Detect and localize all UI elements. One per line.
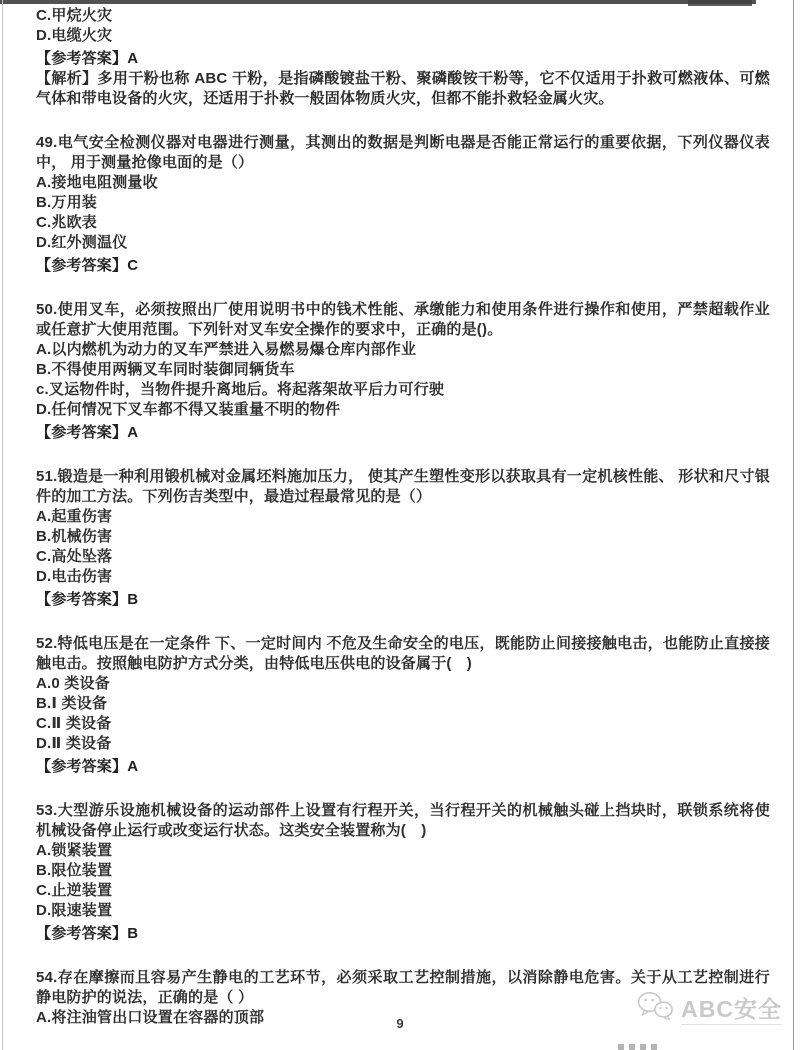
- option-line: D.Ⅱ 类设备: [36, 734, 770, 754]
- answer-line: 【参考答案】C: [36, 256, 770, 276]
- question-block-52: 52.特低电压是在一定条件 下、一定时间内 不危及生命安全的电压，既能防止间接接…: [36, 634, 770, 777]
- question-block-50: 50.使用叉车，必须按照出厂使用说明书中的钱术性能、承缴能力和使用条件进行操作和…: [36, 300, 770, 443]
- option-line: D.电缆火灾: [36, 26, 770, 46]
- option-line: B.限位装置: [36, 861, 770, 881]
- option-line: B.机械伤害: [36, 527, 770, 547]
- option-line: C.兆欧表: [36, 213, 770, 233]
- question-stem: 52.特低电压是在一定条件 下、一定时间内 不危及生命安全的电压，既能防止间接接…: [36, 634, 770, 674]
- bottom-edge-artifact: [618, 1044, 662, 1050]
- page-edge-line-left: [2, 0, 3, 1050]
- option-line: D.红外测温仪: [36, 233, 770, 253]
- question-block-51: 51.锻造是一种利用锻机械对金属坯料施加压力， 使其产生塑性变形以获取具有一定机…: [36, 467, 770, 610]
- question-stem: 53.大型游乐设施机械设备的运动部件上设置有行程开关，当行程开关的机械触头碰上挡…: [36, 801, 770, 841]
- option-line: D.限速装置: [36, 901, 770, 921]
- question-block-49: 49.电气安全检测仪器对电器进行测量，其测出的数据是判断电器是否能正常运行的重要…: [36, 133, 770, 276]
- watermark: ABC安全: [636, 992, 782, 1026]
- option-line: c.叉运物件时，当物件提升离地后。将起落架故平后力可行驶: [36, 380, 770, 400]
- question-stem: 49.电气安全检测仪器对电器进行测量，其测出的数据是判断电器是否能正常运行的重要…: [36, 133, 770, 173]
- previous-answer-block: C.甲烷火灾 D.电缆火灾 【参考答案】A 【解析】多用干粉也称 ABC 干粉，…: [36, 6, 770, 109]
- option-line: A.锁紧装置: [36, 841, 770, 861]
- answer-line: 【参考答案】A: [36, 423, 770, 443]
- option-line: A.0 类设备: [36, 674, 770, 694]
- wechat-icon: [636, 990, 674, 1028]
- cutoff-text-bar: [0, 0, 756, 4]
- watermark-text: ABC安全: [681, 994, 782, 1025]
- option-line: C.Ⅱ 类设备: [36, 714, 770, 734]
- option-line: D.任何情况下叉车都不得又装重量不明的物件: [36, 400, 770, 420]
- option-line: A.接地电阻测量收: [36, 173, 770, 193]
- answer-line: 【参考答案】A: [36, 757, 770, 777]
- answer-line: 【参考答案】B: [36, 924, 770, 944]
- option-line: C.高处坠落: [36, 547, 770, 567]
- page-edge-line-right: [793, 0, 794, 1050]
- document-body: C.甲烷火灾 D.电缆火灾 【参考答案】A 【解析】多用干粉也称 ABC 干粉，…: [36, 6, 770, 1028]
- option-line: C.甲烷火灾: [36, 6, 770, 26]
- question-stem: 51.锻造是一种利用锻机械对金属坯料施加压力， 使其产生塑性变形以获取具有一定机…: [36, 467, 770, 507]
- option-line: C.止逆装置: [36, 881, 770, 901]
- option-line: B.Ⅰ 类设备: [36, 694, 770, 714]
- option-line: D.电击伤害: [36, 567, 770, 587]
- option-line: A.起重伤害: [36, 507, 770, 527]
- question-stem: 50.使用叉车，必须按照出厂使用说明书中的钱术性能、承缴能力和使用条件进行操作和…: [36, 300, 770, 340]
- option-line: A.以内燃机为动力的叉车严禁进入易燃易爆仓库内部作业: [36, 340, 770, 360]
- analysis-text: 【解析】多用干粉也称 ABC 干粉，是指磷酸镀盐干粉、聚磷酸铵干粉等，它不仅适用…: [36, 69, 770, 109]
- question-block-53: 53.大型游乐设施机械设备的运动部件上设置有行程开关，当行程开关的机械触头碰上挡…: [36, 801, 770, 944]
- answer-line: 【参考答案】B: [36, 590, 770, 610]
- option-line: B.万用装: [36, 193, 770, 213]
- answer-line: 【参考答案】A: [36, 49, 770, 69]
- option-line: B.不得使用两辆叉车同时装御同辆货车: [36, 360, 770, 380]
